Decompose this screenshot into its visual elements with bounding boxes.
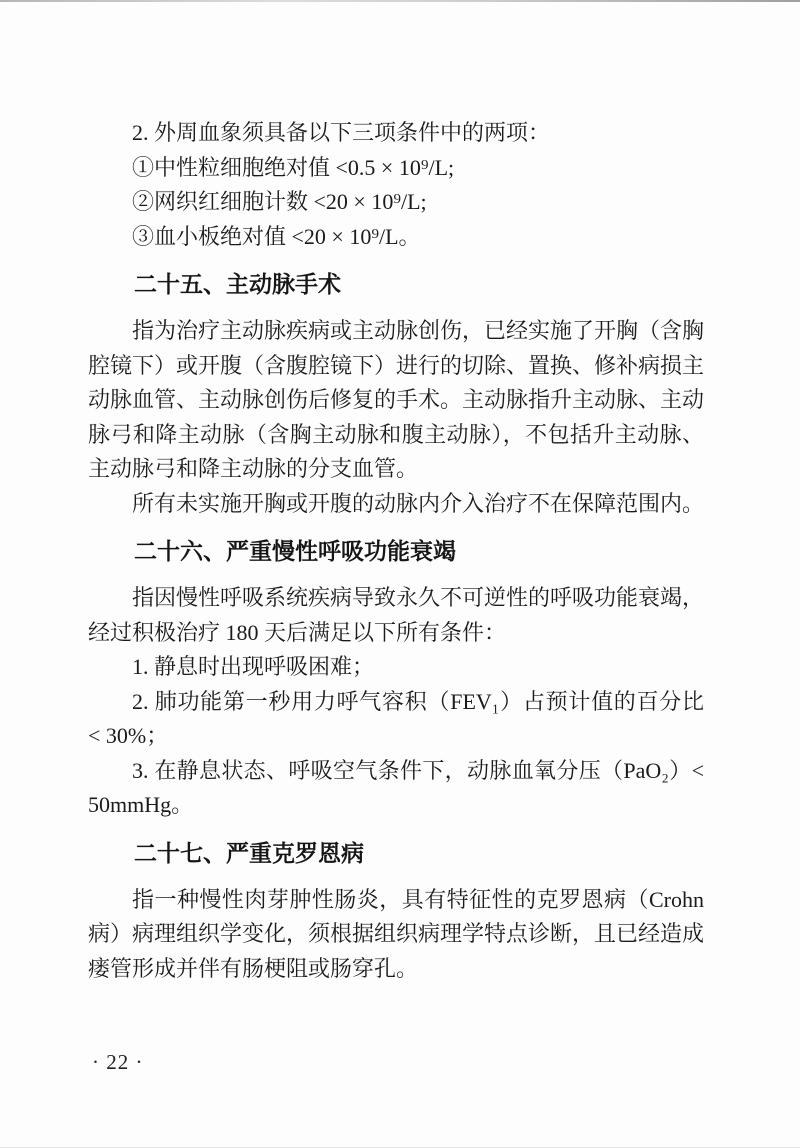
section-26-paragraph-1: 指因慢性呼吸系统疾病导致永久不可逆性的呼吸功能衰竭，经过积极治疗 180 天后满… [88, 581, 704, 650]
section-27-paragraph-1: 指一种慢性肉芽肿性肠炎，具有特征性的克罗恩病（Crohn病）病理组织学变化，须根… [88, 883, 704, 987]
section-27-heading: 二十七、严重克罗恩病 [88, 836, 704, 870]
section-25-paragraph-2: 所有未实施开胸或开腹的动脉内介入治疗不在保障范围内。 [88, 487, 704, 522]
blood-criteria-item-2: ②网织红细胞计数 <20 × 10⁹/L; [88, 185, 704, 220]
blood-criteria-lead: 2. 外周血象须具备以下三项条件中的两项： [88, 116, 704, 151]
page-content: 2. 外周血象须具备以下三项条件中的两项： ①中性粒细胞绝对值 <0.5 × 1… [88, 116, 704, 986]
scan-edge-top [0, 0, 800, 2]
document-page: 2. 外周血象须具备以下三项条件中的两项： ①中性粒细胞绝对值 <0.5 × 1… [0, 0, 800, 1148]
section-25-paragraph-1: 指为治疗主动脉疾病或主动脉创伤，已经实施了开胸（含胸腔镜下）或开腹（含腹腔镜下）… [88, 314, 704, 487]
blood-criteria-item-1: ①中性粒细胞绝对值 <0.5 × 10⁹/L; [88, 151, 704, 186]
section-26-criterion-2: 2. 肺功能第一秒用力呼气容积（FEV₁）占预计值的百分比 < 30%； [88, 685, 704, 754]
section-26-criterion-3: 3. 在静息状态、呼吸空气条件下，动脉血氧分压（PaO₂）< 50mmHg。 [88, 754, 704, 823]
section-25-heading: 二十五、主动脉手术 [88, 267, 704, 301]
section-26-criterion-1: 1. 静息时出现呼吸困难； [88, 650, 704, 685]
section-26-heading: 二十六、严重慢性呼吸功能衰竭 [88, 534, 704, 568]
page-number: · 22 · [92, 1050, 144, 1075]
blood-criteria-item-3: ③血小板绝对值 <20 × 10⁹/L。 [88, 220, 704, 255]
